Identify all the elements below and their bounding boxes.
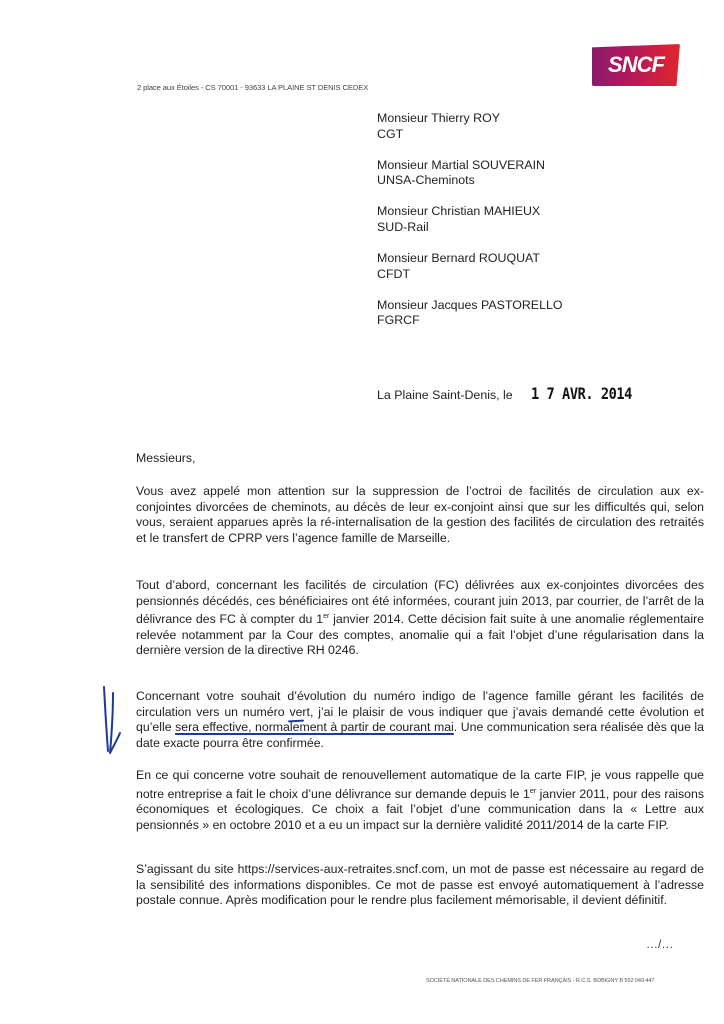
recipient-name: Monsieur Thierry ROY — [377, 111, 562, 127]
recipient: Monsieur Bernard ROUQUAT CFDT — [377, 251, 562, 282]
underlined-word-vert: vert — [289, 705, 310, 719]
paragraph-2: Tout d’abord, concernant les facilités d… — [136, 578, 704, 659]
continued-marker: …/… — [646, 937, 673, 951]
paragraph-1: Vous avez appelé mon attention sur la su… — [136, 484, 704, 546]
sncf-logo: SNCF — [592, 44, 680, 86]
underlined-phrase: sera effective, normalement à partir de … — [175, 720, 454, 734]
recipient-name: Monsieur Christian MAHIEUX — [377, 204, 562, 220]
recipient: Monsieur Christian MAHIEUX SUD-Rail — [377, 204, 562, 235]
recipient-org: CGT — [377, 127, 562, 143]
logo-text: SNCF — [608, 52, 664, 78]
date-stamp: 1 7 AVR. 2014 — [531, 384, 632, 403]
salutation: Messieurs, — [136, 451, 704, 467]
legal-footer: SOCIÉTÉ NATIONALE DES CHEMINS DE FER FRA… — [426, 978, 654, 984]
dateline: La Plaine Saint-Denis, le 1 7 AVR. 2014 — [377, 384, 649, 403]
recipient-list: Monsieur Thierry ROY CGT Monsieur Martia… — [377, 111, 562, 344]
paragraph-4: En ce qui concerne votre souhait de reno… — [136, 768, 704, 833]
sender-address: 2 place aux Étoiles - CS 70001 - 93633 L… — [137, 83, 368, 92]
recipient-name: Monsieur Jacques PASTORELLO — [377, 298, 562, 314]
recipient-org: CFDT — [377, 267, 562, 283]
recipient-org: FGRCF — [377, 313, 562, 329]
recipient-org: SUD-Rail — [377, 220, 562, 236]
recipient-name: Monsieur Bernard ROUQUAT — [377, 251, 562, 267]
dateline-place: La Plaine Saint-Denis, le — [377, 388, 513, 402]
paragraph-3: Concernant votre souhait d’évolution du … — [136, 689, 704, 751]
handwritten-margin-mark — [100, 685, 124, 755]
recipient: Monsieur Martial SOUVERAIN UNSA-Cheminot… — [377, 158, 562, 189]
recipient-name: Monsieur Martial SOUVERAIN — [377, 158, 562, 174]
recipient: Monsieur Thierry ROY CGT — [377, 111, 562, 142]
recipient: Monsieur Jacques PASTORELLO FGRCF — [377, 298, 562, 329]
paragraph-5: S’agissant du site https://services-aux-… — [136, 862, 704, 909]
recipient-org: UNSA-Cheminots — [377, 173, 562, 189]
